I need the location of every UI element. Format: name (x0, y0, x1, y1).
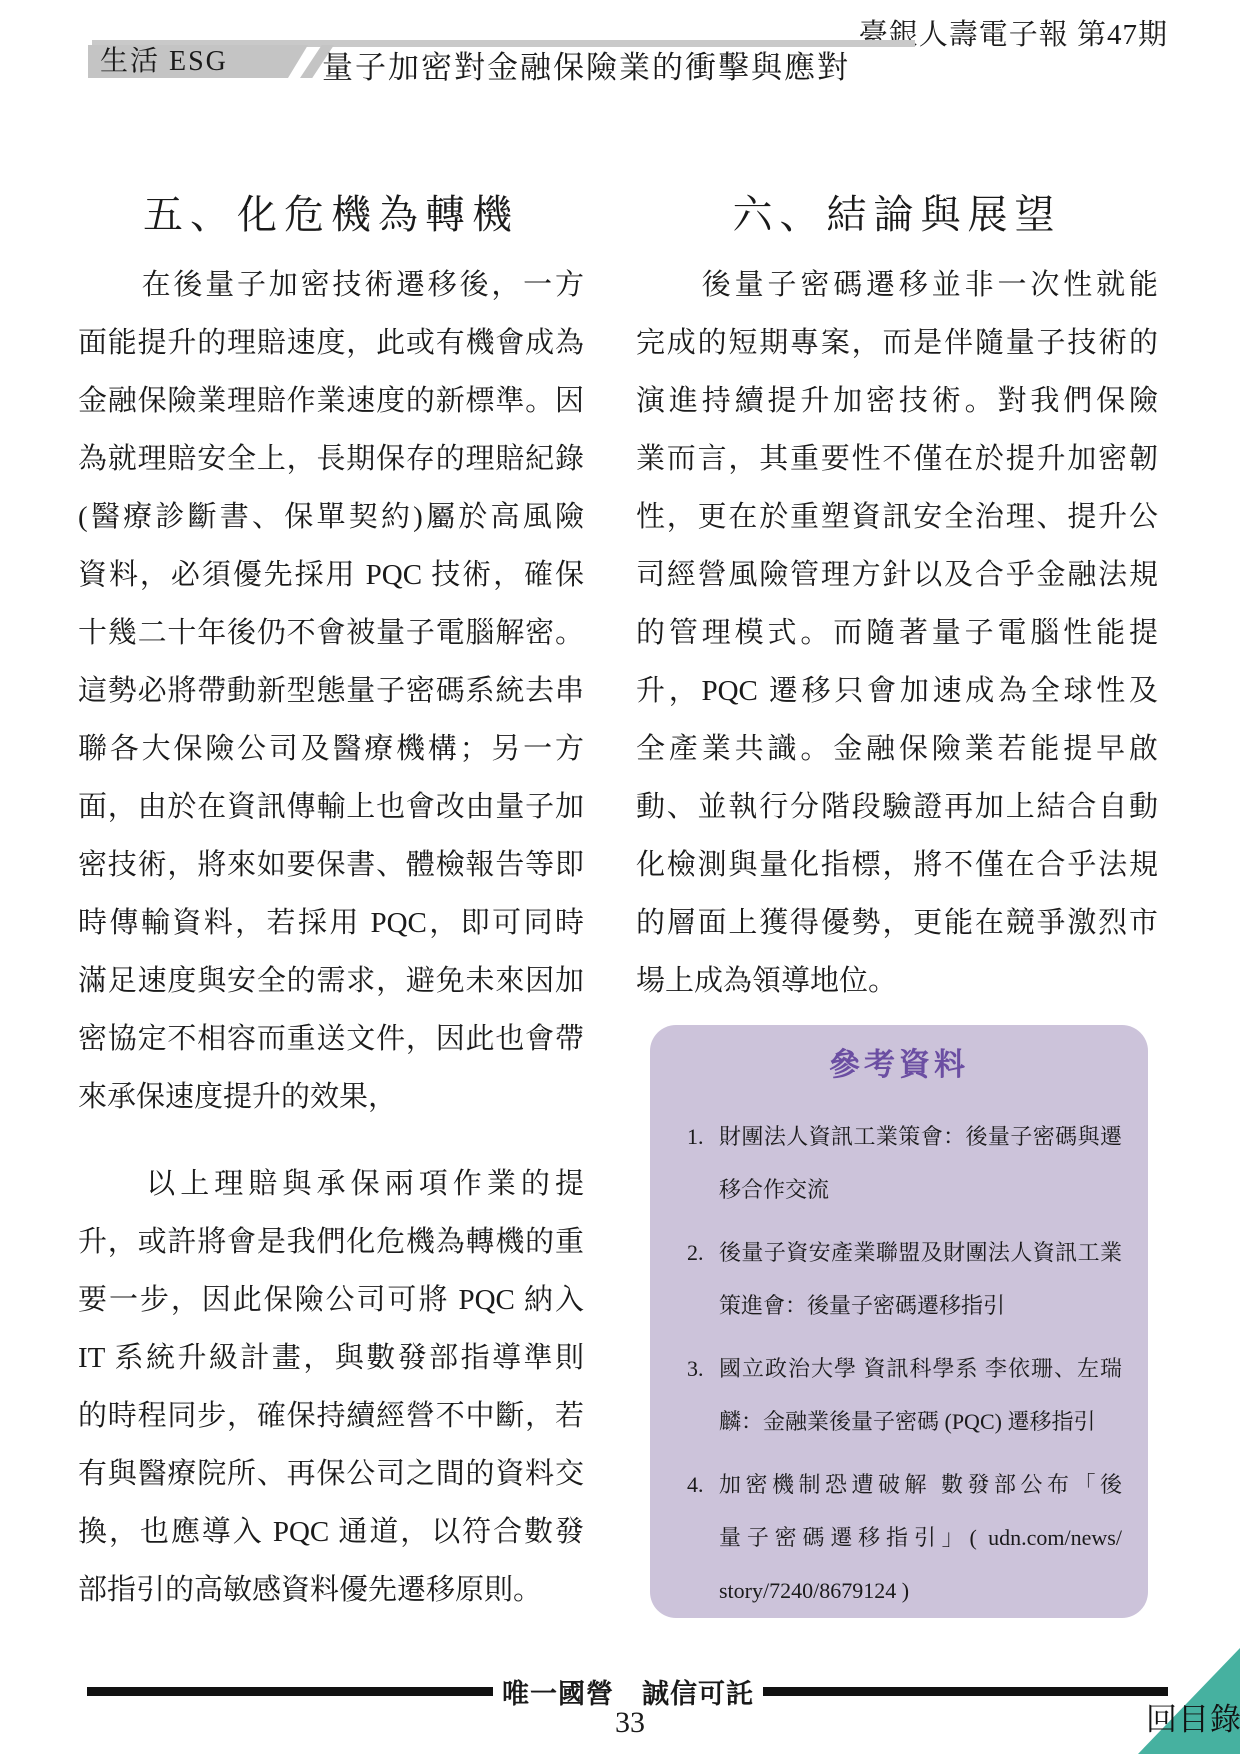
reference-line: 麟：金融業後量子密碼 (PQC) 遷移指引 (719, 1395, 1122, 1448)
references-title: 參考資料 (676, 1047, 1122, 1083)
body-line: 換，也應導入 PQC 通道，以符合數發 (78, 1503, 584, 1561)
body-line: IT 系統升級計畫，與數發部指導準則 (78, 1329, 584, 1387)
reference-item: 2.後量子資安產業聯盟及財團法人資訊工業策進會：後量子密碼遷移指引 (676, 1226, 1122, 1332)
body-line: 為就理賠安全上，長期保存的理賠紀錄 (78, 430, 584, 488)
body-line: 完成的短期專案，而是伴隨量子技術的 (636, 314, 1158, 372)
body-line: 業而言，其重要性不僅在於提升加密韌 (636, 430, 1158, 488)
reference-line: 量子密碼遷移指引」( udn.com/news/ (719, 1511, 1122, 1564)
body-line: 面能提升的理賠速度，此或有機會成為 (78, 314, 584, 372)
body-line: 性，更在於重塑資訊安全治理、提升公 (636, 488, 1158, 546)
footer-rule-right (763, 1687, 1168, 1696)
reference-line: 加密機制恐遭破解 數發部公布「後 (719, 1458, 1122, 1511)
body-line: 聯各大保險公司及醫療機構；另一方 (78, 720, 584, 778)
reference-line: 財團法人資訊工業策會：後量子密碼與遷 (719, 1110, 1122, 1163)
page-number: 33 (560, 1706, 700, 1740)
back-to-toc-link[interactable]: 回目錄 (1146, 1694, 1240, 1739)
body-line: 面，由於在資訊傳輸上也會改由量子加 (78, 778, 584, 836)
body-line: 資料，必須優先採用 PQC 技術，確保 (78, 546, 584, 604)
body-line: 要一步，因此保險公司可將 PQC 納入 (78, 1271, 584, 1329)
reference-number: 4. (687, 1458, 704, 1511)
reference-item: 3.國立政治大學 資訊科學系 李依珊、左瑞麟：金融業後量子密碼 (PQC) 遷移… (676, 1342, 1122, 1448)
reference-number: 2. (687, 1226, 704, 1279)
reference-number: 1. (687, 1110, 704, 1163)
reference-line: 策進會：後量子密碼遷移指引 (719, 1279, 1122, 1332)
reference-item: 4.加密機制恐遭破解 數發部公布「後量子密碼遷移指引」( udn.com/new… (676, 1458, 1122, 1617)
body-line: 密技術，將來如要保書、體檢報告等即 (78, 836, 584, 894)
body-line: 金融保險業理賠作業速度的新標準。因 (78, 372, 584, 430)
left-section-heading: 五、化危機為轉機 (78, 183, 584, 240)
body-line: 來承保速度提升的效果， (78, 1068, 584, 1126)
body-line: 演進持續提升加密技術。對我們保險 (636, 372, 1158, 430)
body-line: 場上成為領導地位。 (636, 952, 1158, 1010)
left-column-body: 在後量子加密技術遷移後，一方面能提升的理賠速度，此或有機會成為金融保險業理賠作業… (78, 256, 584, 1619)
body-line: 密協定不相容而重送文件，因此也會帶 (78, 1010, 584, 1068)
body-line: 化檢測與量化指標，將不僅在合乎法規 (636, 836, 1158, 894)
body-line: 部指引的高敏感資料優先遷移原則。 (78, 1561, 584, 1619)
body-line: 升，或許將會是我們化危機為轉機的重 (78, 1213, 584, 1271)
reference-number: 3. (687, 1342, 704, 1395)
body-line: 有與醫療院所、再保公司之間的資料交 (78, 1445, 584, 1503)
body-line: 全產業共識。金融保險業若能提早啟 (636, 720, 1158, 778)
reference-line: story/7240/8679124 ) (719, 1564, 1122, 1617)
body-line: 司經營風險管理方針以及合乎金融法規 (636, 546, 1158, 604)
body-line: 這勢必將帶動新型態量子密碼系統去串 (78, 662, 584, 720)
references-list: 1.財團法人資訊工業策會：後量子密碼與遷移合作交流2.後量子資安產業聯盟及財團法… (676, 1110, 1122, 1617)
right-section-heading: 六、結論與展望 (636, 183, 1158, 240)
category-tag: 生活 ESG (88, 45, 308, 78)
body-line: 十幾二十年後仍不會被量子電腦解密。 (78, 604, 584, 662)
page: 臺銀人壽電子報 第47期 生活 ESG 量子加密對金融保險業的衝擊與應對 五、化… (0, 0, 1240, 1754)
body-line: 在後量子加密技術遷移後，一方 (78, 256, 584, 314)
body-line: 升，PQC 遷移只會加速成為全球性及 (636, 662, 1158, 720)
body-line: 動、並執行分階段驗證再加上結合自動 (636, 778, 1158, 836)
body-line: 後量子密碼遷移並非一次性就能 (636, 256, 1158, 314)
reference-line: 移合作交流 (719, 1163, 1122, 1216)
body-line: 滿足速度與安全的需求，避免未來因加 (78, 952, 584, 1010)
body-line: 時傳輸資料，若採用 PQC，即可同時 (78, 894, 584, 952)
category-label: 生活 ESG (100, 45, 228, 78)
reference-item: 1.財團法人資訊工業策會：後量子密碼與遷移合作交流 (676, 1110, 1122, 1216)
references-box: 參考資料 1.財團法人資訊工業策會：後量子密碼與遷移合作交流2.後量子資安產業聯… (650, 1025, 1148, 1618)
body-line: (醫療診斷書、保單契約)屬於高風險 (78, 488, 584, 546)
right-column-body: 後量子密碼遷移並非一次性就能完成的短期專案，而是伴隨量子技術的演進持續提升加密技… (636, 256, 1158, 1010)
body-line: 的時程同步，確保持續經營不中斷，若 (78, 1387, 584, 1445)
body-line: 的層面上獲得優勢，更能在競爭激烈市 (636, 894, 1158, 952)
reference-line: 後量子資安產業聯盟及財團法人資訊工業 (719, 1226, 1122, 1279)
body-line: 以上理賠與承保兩項作業的提 (78, 1155, 584, 1213)
article-title: 量子加密對金融保險業的衝擊與應對 (322, 42, 850, 87)
footer-rule-left (87, 1687, 493, 1696)
reference-line: 國立政治大學 資訊科學系 李依珊、左瑞 (719, 1342, 1122, 1395)
body-line: 的管理模式。而隨著量子電腦性能提 (636, 604, 1158, 662)
